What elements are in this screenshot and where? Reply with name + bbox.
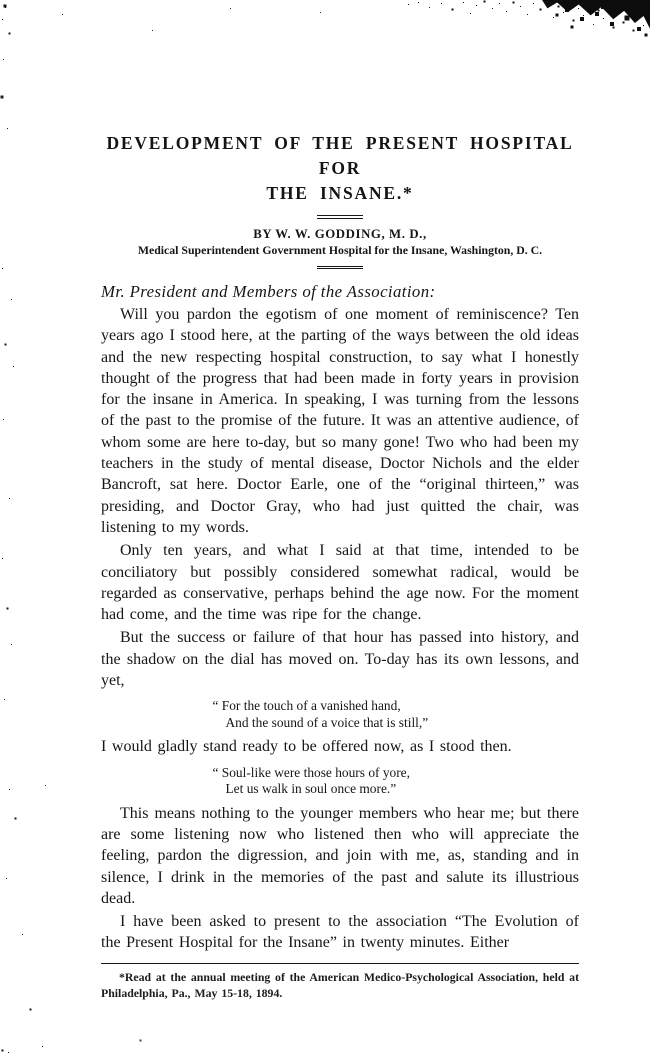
paragraph-3: But the success or failure of that hour … — [101, 627, 579, 691]
paragraph-6: I have been asked to present to the asso… — [101, 911, 579, 954]
salutation: Mr. President and Members of the Associa… — [101, 282, 579, 302]
footnote: *Read at the annual meeting of the Ameri… — [101, 969, 579, 1002]
title-line-1: DEVELOPMENT OF THE PRESENT HOSPITAL FOR — [101, 131, 579, 181]
title-line-2: THE INSANE.* — [101, 181, 579, 206]
verse-line: “ Soul-like were those hours of yore, — [213, 765, 468, 782]
verse-line: And the sound of a voice that is still,” — [213, 715, 468, 732]
paragraph-4: I would gladly stand ready to be offered… — [101, 736, 579, 757]
author-affiliation: Medical Superintendent Government Hospit… — [101, 243, 579, 257]
page-content: DEVELOPMENT OF THE PRESENT HOSPITAL FOR … — [101, 131, 579, 1002]
scan-noise-speckles — [0, 0, 2, 2]
verse-line: “ For the touch of a vanished hand, — [213, 698, 468, 715]
verse-quote-1: “ For the touch of a vanished hand, And … — [213, 698, 468, 731]
scanned-paper-page: DEVELOPMENT OF THE PRESENT HOSPITAL FOR … — [0, 0, 650, 1055]
paragraph-2: Only ten years, and what I said at that … — [101, 540, 579, 625]
footnote-rule — [101, 963, 579, 964]
article-title: DEVELOPMENT OF THE PRESENT HOSPITAL FOR … — [101, 131, 579, 206]
divider-rule — [317, 215, 363, 219]
paragraph-5: This means nothing to the younger member… — [101, 803, 579, 909]
divider-rule — [317, 266, 363, 270]
paragraph-1: Will you pardon the egotism of one momen… — [101, 304, 579, 538]
verse-quote-2: “ Soul-like were those hours of yore, Le… — [213, 765, 468, 798]
author-byline: BY W. W. GODDING, M. D., — [101, 227, 579, 242]
scan-artifact-corner — [542, 0, 650, 32]
verse-line: Let us walk in soul once more.” — [213, 781, 468, 798]
